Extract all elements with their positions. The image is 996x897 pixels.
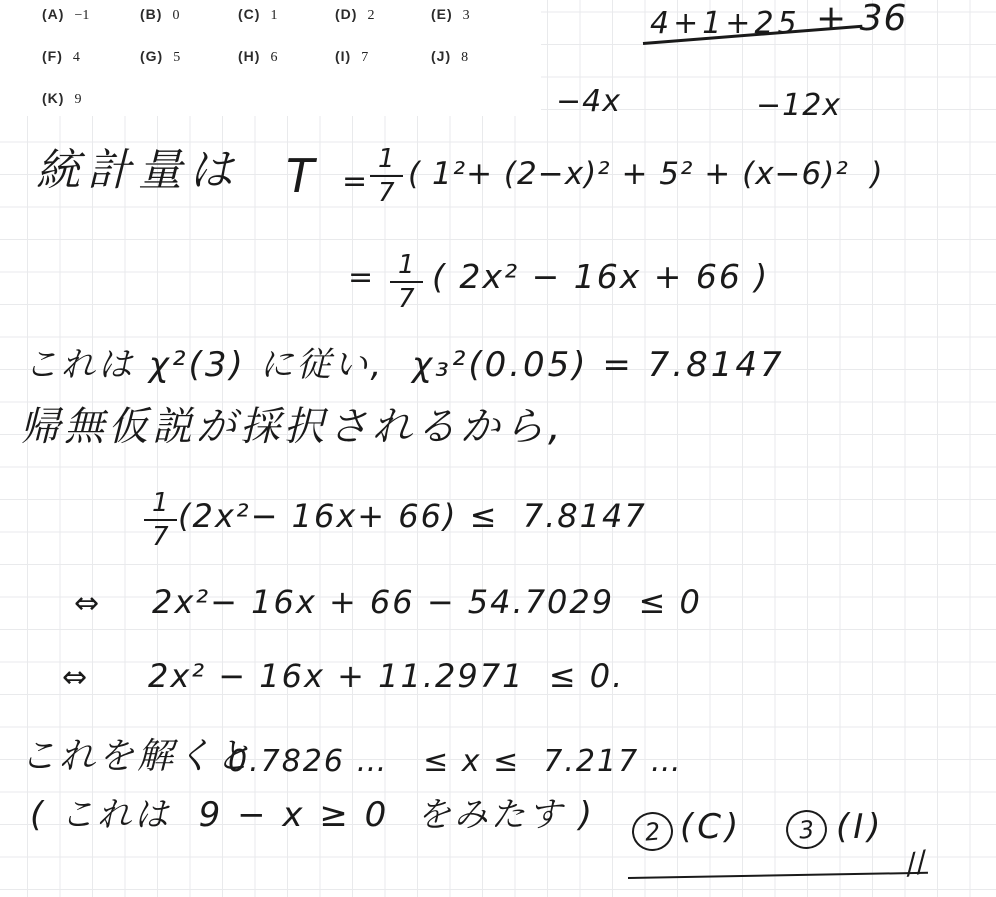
choice-a: (A)−1: [42, 6, 89, 24]
choice-g: (G)5: [140, 48, 180, 66]
line2-equals: =: [348, 262, 374, 294]
fraction-denominator: 7: [152, 521, 169, 551]
line2-fraction-one-seventh: 17: [390, 252, 423, 314]
answer-underline: [628, 872, 928, 879]
line6-iff-arrow: ⇔: [74, 588, 100, 620]
answer-q3-circled-number: 3: [784, 808, 828, 850]
choice-value: 6: [270, 50, 277, 66]
line4-null-hypothesis: 帰無仮説が採択されるから,: [20, 406, 565, 448]
line5-fraction-one-seventh: 17: [144, 490, 177, 552]
line8-lead-jp: これを解くと: [20, 738, 254, 776]
choice-label: (K): [42, 90, 64, 106]
fraction-numerator: 1: [370, 146, 403, 177]
line1-equals: =: [342, 166, 368, 198]
choice-value: 7: [361, 50, 368, 66]
choice-value: 5: [173, 50, 180, 66]
line9-constraint-remark: ( これは 9 − x ≥ 0 をみたす ): [30, 798, 595, 834]
choice-label: (J): [431, 48, 451, 64]
choice-label: (H): [238, 48, 260, 64]
line1-statistic-symbol: T: [286, 152, 315, 200]
choice-j: (J)8: [431, 48, 468, 66]
line7-inequality: 2x² − 16x + 11.2971 ≤ 0.: [148, 660, 624, 694]
answer-q2-choice: (C): [680, 810, 742, 846]
choice-k: (K)9: [42, 90, 81, 108]
line2-expression: ( 2x² − 16x + 66 ): [432, 260, 769, 295]
choice-label: (B): [140, 6, 162, 22]
choice-value: 4: [73, 50, 80, 66]
line6-inequality: 2x²− 16x + 66 − 54.7029 ≤ 0: [152, 586, 702, 620]
choice-h: (H)6: [238, 48, 277, 66]
choice-value: 8: [461, 50, 468, 66]
scratch-sum-tail: + 36: [816, 0, 907, 38]
choice-label: (C): [238, 6, 260, 22]
choice-label: (D): [335, 6, 357, 22]
notebook-page: (A)−1 (B)0 (C)1 (D)2 (E)3 (F)4 (G)5 (H)6…: [0, 0, 996, 897]
fraction-denominator: 7: [378, 177, 395, 207]
choice-c: (C)1: [238, 6, 277, 24]
choice-value: 3: [463, 8, 470, 24]
choice-f: (F)4: [42, 48, 80, 66]
choice-b: (B)0: [140, 6, 179, 24]
scratch-minus-4x: −4x: [556, 86, 621, 118]
answer-choices-panel: (A)−1 (B)0 (C)1 (D)2 (E)3 (F)4 (G)5 (H)6…: [0, 0, 541, 116]
scratch-minus-12x: −12x: [756, 90, 841, 122]
choice-label: (G): [140, 48, 163, 64]
choice-e: (E)3: [431, 6, 470, 24]
choice-value: 0: [172, 8, 179, 24]
line5-inequality: (2x²− 16x+ 66) ≤ 7.8147: [178, 500, 647, 534]
choice-label: (I): [335, 48, 351, 64]
line1-lead-jp: 統計量は: [36, 148, 240, 194]
choice-value: 1: [270, 8, 277, 24]
line7-iff-arrow: ⇔: [62, 662, 88, 694]
choice-label: (F): [42, 48, 63, 64]
choice-value: 9: [74, 92, 81, 108]
line1-expression: ( 1²+ (2−x)² + 5² + (x−6)² ): [408, 158, 884, 191]
choice-label: (E): [431, 6, 453, 22]
fraction-numerator: 1: [390, 252, 423, 283]
end-of-proof-mark: //: [903, 846, 930, 879]
line1-fraction-one-seventh: 17: [370, 146, 403, 208]
fraction-denominator: 7: [398, 283, 415, 313]
choice-d: (D)2: [335, 6, 374, 24]
answer-q2-circled-number: 2: [630, 810, 674, 852]
choice-label: (A): [42, 6, 64, 22]
choice-i: (I)7: [335, 48, 368, 66]
line3-chi-square-statement: これは χ²(3) に従い, χ₃²(0.05) = 7.8147: [24, 348, 785, 384]
fraction-numerator: 1: [144, 490, 177, 521]
answer-q3-choice: (I): [836, 810, 885, 846]
choice-value: 2: [367, 8, 374, 24]
choice-value: −1: [74, 8, 89, 24]
line8-solution-range: 0.7826 … ≤ x ≤ 7.217 …: [228, 746, 683, 778]
